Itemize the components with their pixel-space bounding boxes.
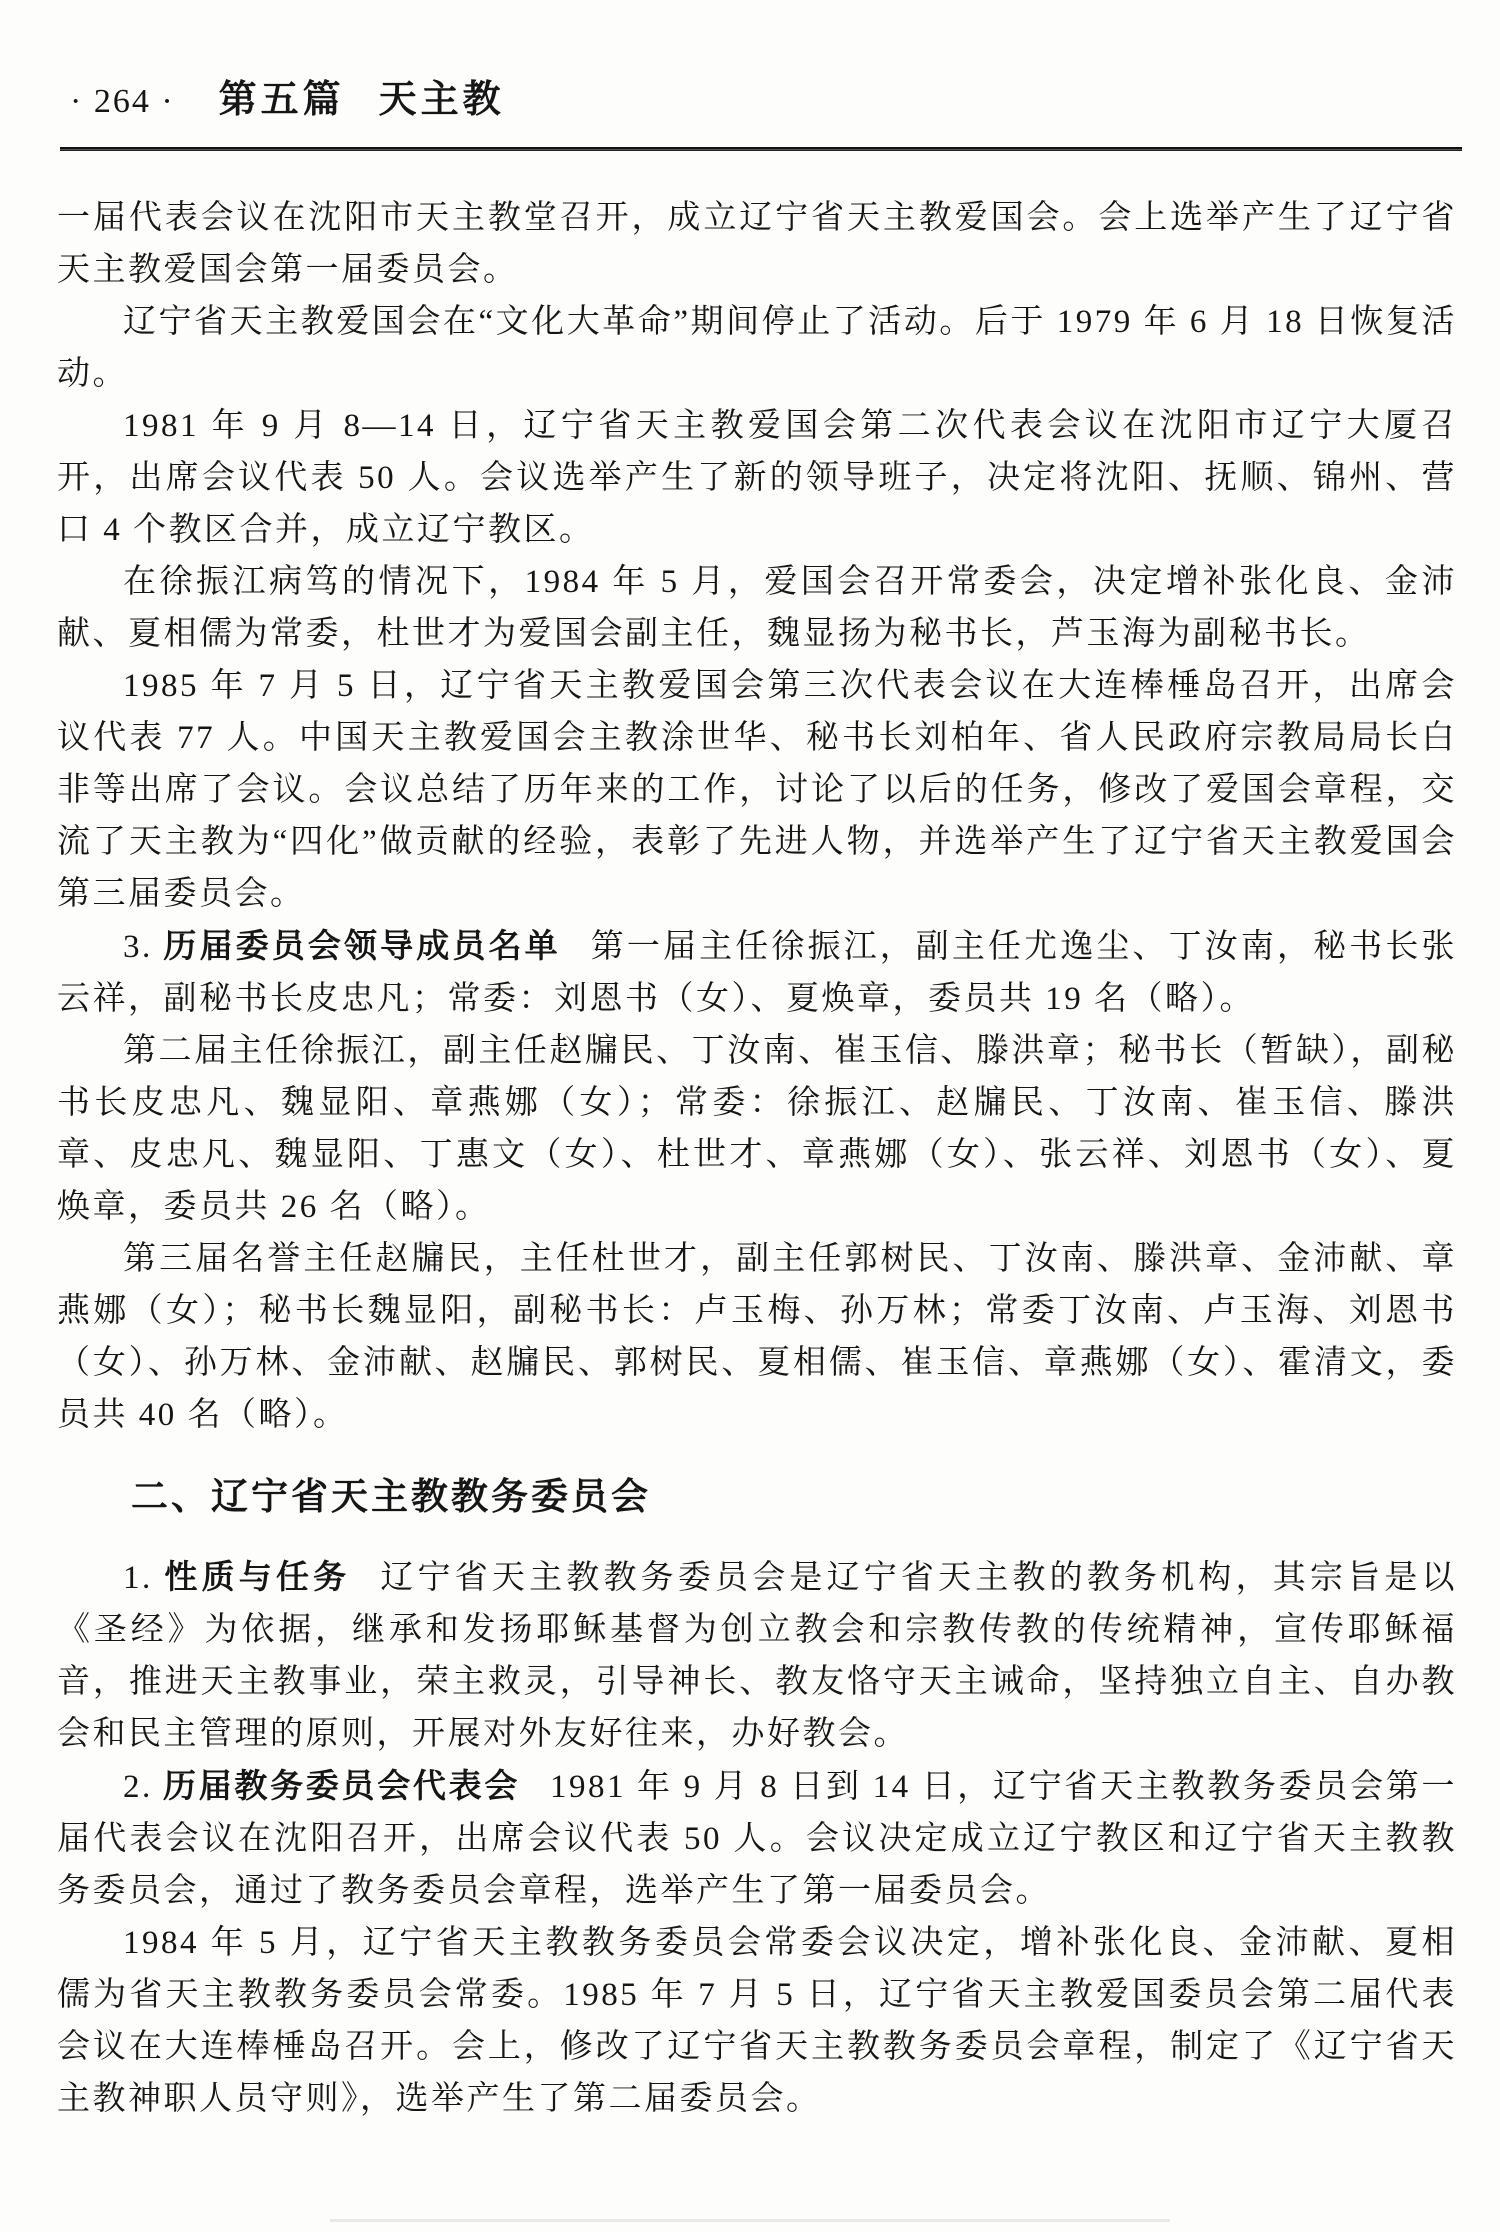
- paragraph: 3.历届委员会领导成员名单第一届主任徐振江，副主任尤逸尘、丁汝南，秘书长张云祥，…: [57, 920, 1457, 1025]
- paragraph-text: 第三届名誉主任赵牖民，主任杜世才，副主任郭树民、丁汝南、滕洪章、金沛献、章燕娜（…: [57, 1241, 1457, 1433]
- section-heading: 二、辽宁省天主教教务委员会: [57, 1471, 1457, 1523]
- paragraph-text: 1981 年 9 月 8—14 日，辽宁省天主教爱国会第二次代表会议在沈阳市辽宁…: [57, 408, 1457, 548]
- paragraph: 2.历届教务委员会代表会1981 年 9 月 8 日到 14 日，辽宁省天主教教…: [57, 1760, 1457, 1917]
- paragraph: 第二届主任徐振江，副主任赵牖民、丁汝南、崔玉信、滕洪章；秘书长（暂缺），副秘书长…: [57, 1025, 1457, 1233]
- paragraph-text: 一届代表会议在沈阳市天主教堂召开，成立辽宁省天主教爱国会。会上选举产生了辽宁省天…: [57, 200, 1457, 288]
- paragraph: 在徐振江病笃的情况下，1984 年 5 月，爱国会召开常委会，决定增补张化良、金…: [57, 556, 1457, 660]
- list-number: 1.: [123, 1560, 153, 1596]
- paragraph-text: 在徐振江病笃的情况下，1984 年 5 月，爱国会召开常委会，决定增补张化良、金…: [57, 564, 1457, 652]
- page-header: · 264 · 第五篇 天主教: [70, 68, 505, 123]
- bold-lead: 历届委员会领导成员名单: [163, 927, 561, 964]
- list-number: 3.: [123, 929, 153, 965]
- section-label: 第五篇: [219, 68, 345, 123]
- paragraph: 1.性质与任务辽宁省天主教教务委员会是辽宁省天主教的教务机构，其宗旨是以《圣经》…: [57, 1551, 1457, 1760]
- paragraph-text: 辽宁省天主教爱国会在“文化大革命”期间停止了活动。后于 1979 年 6 月 1…: [57, 304, 1457, 392]
- paragraph: 1985 年 7 月 5 日，辽宁省天主教爱国会第三次代表会议在大连棒棰岛召开，…: [57, 660, 1457, 920]
- page-body: 一届代表会议在沈阳市天主教堂召开，成立辽宁省天主教爱国会。会上选举产生了辽宁省天…: [57, 192, 1457, 2125]
- paragraph: 1984 年 5 月，辽宁省天主教教务委员会常委会议决定，增补张化良、金沛献、夏…: [57, 1917, 1457, 2125]
- paragraph: 第三届名誉主任赵牖民，主任杜世才，副主任郭树民、丁汝南、滕洪章、金沛献、章燕娜（…: [57, 1233, 1457, 1441]
- paragraph-text: 第二届主任徐振江，副主任赵牖民、丁汝南、崔玉信、滕洪章；秘书长（暂缺），副秘书长…: [57, 1033, 1457, 1225]
- paragraph-text: 1984 年 5 月，辽宁省天主教教务委员会常委会议决定，增补张化良、金沛献、夏…: [57, 1925, 1457, 2117]
- scan-artifact: [330, 2219, 1170, 2222]
- section-title: 天主教: [379, 68, 505, 123]
- paragraph: 一届代表会议在沈阳市天主教堂召开，成立辽宁省天主教爱国会。会上选举产生了辽宁省天…: [57, 192, 1457, 296]
- list-number: 2.: [123, 1769, 153, 1805]
- header-divider: [60, 147, 1462, 151]
- page-number: · 264 ·: [70, 83, 175, 121]
- paragraph-text: 1985 年 7 月 5 日，辽宁省天主教爱国会第三次代表会议在大连棒棰岛召开，…: [57, 668, 1457, 912]
- paragraph: 辽宁省天主教爱国会在“文化大革命”期间停止了活动。后于 1979 年 6 月 1…: [57, 296, 1457, 400]
- book-page: · 264 · 第五篇 天主教 一届代表会议在沈阳市天主教堂召开，成立辽宁省天主…: [0, 0, 1500, 2232]
- bold-lead: 性质与任务: [163, 1558, 351, 1595]
- bold-lead: 历届教务委员会代表会: [163, 1767, 520, 1804]
- paragraph: 1981 年 9 月 8—14 日，辽宁省天主教爱国会第二次代表会议在沈阳市辽宁…: [57, 400, 1457, 556]
